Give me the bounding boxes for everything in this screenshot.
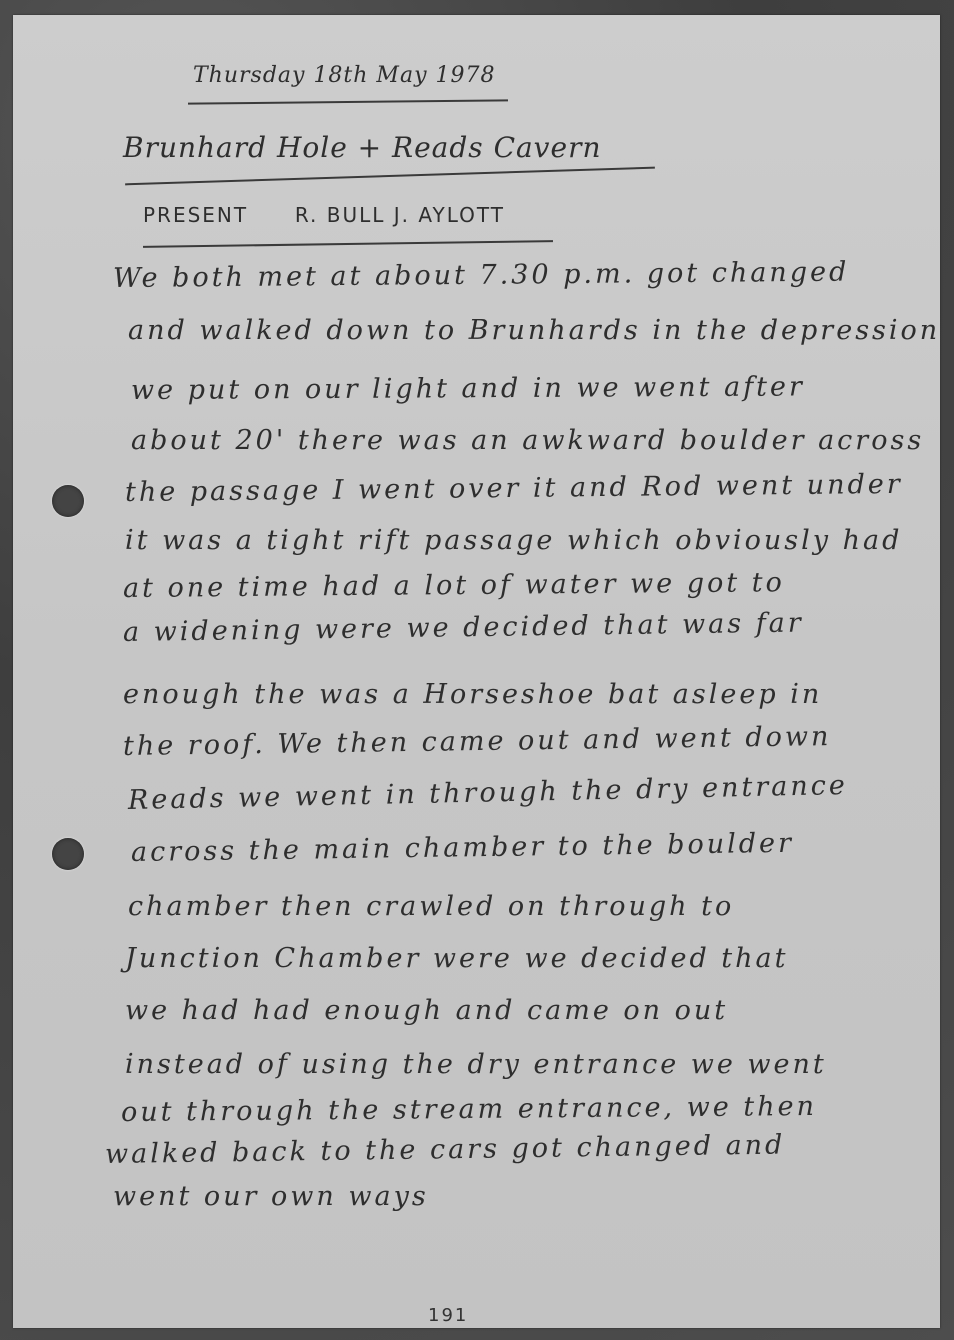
body-line: we had had enough and came on out: [125, 995, 728, 1026]
entry-date: Thursday 18th May 1978: [193, 63, 496, 88]
present-names: R. BULL J. AYLOTT: [295, 203, 505, 227]
body-line: out through the stream entrance, we then: [121, 1091, 817, 1128]
body-line: we put on our light and in we went after: [131, 371, 805, 406]
body-line: enough the was a Horseshoe bat asleep in: [123, 679, 822, 710]
location-underline: [125, 167, 655, 186]
body-line: at one time had a lot of water we got to: [123, 567, 785, 604]
body-line: across the main chamber to the boulder: [131, 828, 794, 868]
date-underline: [188, 99, 508, 104]
present-line: PRESENT R. BULL J. AYLOTT: [143, 203, 505, 227]
body-line: We both met at about 7.30 p.m. got chang…: [113, 257, 850, 294]
body-line: Reads we went in through the dry entranc…: [128, 770, 848, 816]
body-line: went our own ways: [113, 1181, 429, 1212]
body-line: Junction Chamber were we decided that: [125, 943, 789, 974]
body-line: walked back to the cars got changed and: [105, 1130, 786, 1170]
punch-hole-bottom: [52, 838, 84, 870]
punch-hole-top: [52, 485, 84, 517]
body-line: instead of using the dry entrance we wen…: [125, 1049, 827, 1080]
present-label: PRESENT: [143, 203, 248, 227]
body-line: about 20' there was an awkward boulder a…: [131, 425, 924, 456]
body-line: the passage I went over it and Rod went …: [125, 469, 903, 508]
body-line: the roof. We then came out and went down: [123, 721, 832, 762]
notebook-page: Thursday 18th May 1978 Brunhard Hole + R…: [13, 15, 940, 1328]
present-underline: [143, 240, 553, 248]
entry-location-title: Brunhard Hole + Reads Cavern: [123, 131, 602, 164]
body-line: a widening were we decided that was far: [123, 607, 804, 648]
body-line: it was a tight rift passage which obviou…: [125, 525, 902, 556]
body-line: chamber then crawled on through to: [128, 891, 734, 922]
body-line: and walked down to Brunhards in the depr…: [128, 315, 940, 346]
page-number: 191: [428, 1305, 468, 1326]
